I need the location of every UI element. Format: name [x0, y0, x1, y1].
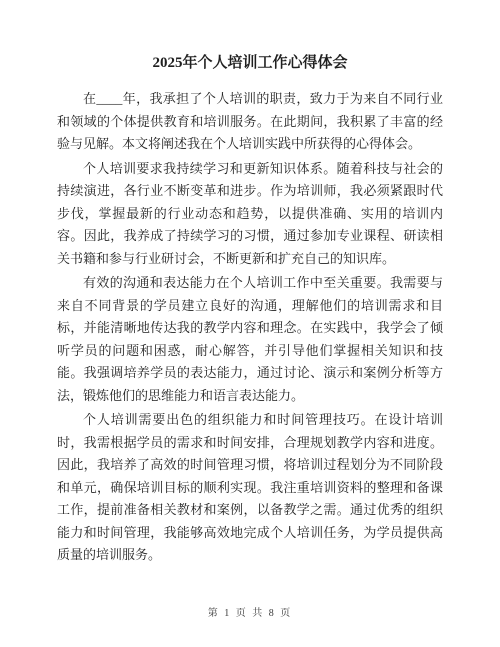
document-page: 2025年个人培训工作心得体会 在____年，我承担了个人培训的职责，致力于为来… [0, 0, 500, 647]
document-body: 在____年，我承担了个人培训的职责，致力于为来自不同行业和领域的个体提供教育和… [57, 88, 443, 567]
document-title: 2025年个人培训工作心得体会 [57, 54, 443, 72]
paragraph-continuous-learning: 个人培训要求我持续学习和更新知识体系。随着科技与社会的持续演进，各行业不断变革和… [57, 158, 443, 271]
page-footer: 第 1 页 共 8 页 [0, 607, 500, 621]
paragraph-communication: 有效的沟通和表达能力在个人培训工作中至关重要。我需要与来自不同背景的学员建立良好… [57, 272, 443, 407]
paragraph-organization: 个人培训需要出色的组织能力和时间管理技巧。在设计培训时，我需根据学员的需求和时间… [57, 409, 443, 567]
paragraph-intro: 在____年，我承担了个人培训的职责，致力于为来自不同行业和领域的个体提供教育和… [57, 88, 443, 156]
page-number-text: 第 1 页 共 8 页 [208, 608, 293, 619]
